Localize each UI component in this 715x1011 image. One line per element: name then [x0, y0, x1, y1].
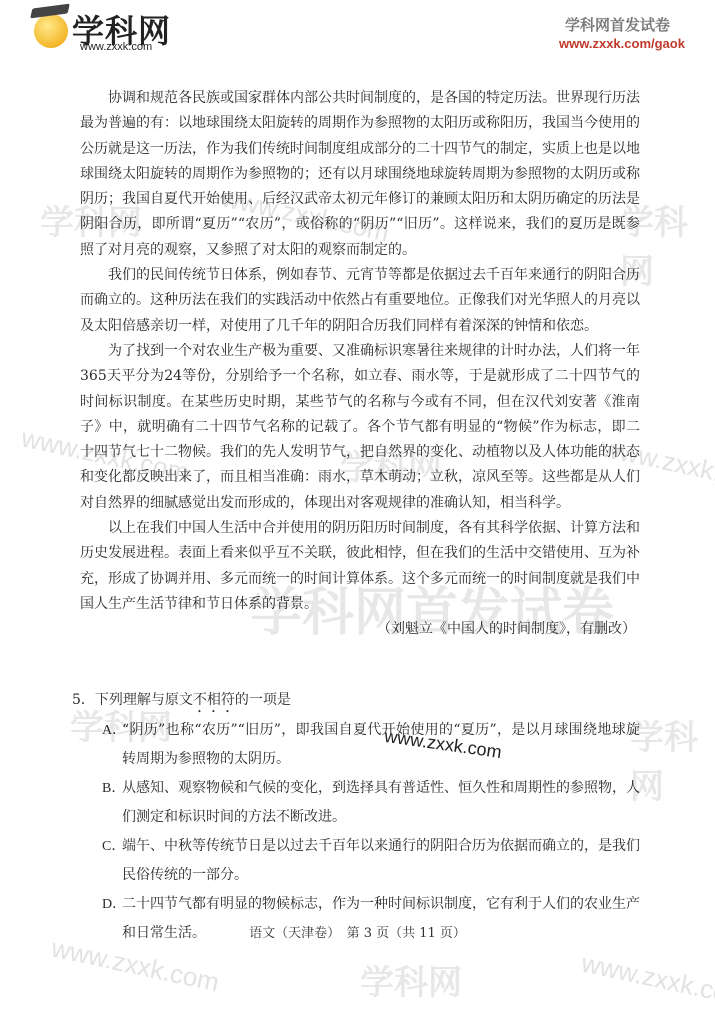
passage-paragraph: 我们的民间传统节日体系，例如春节、元宵节等都是依据过去千百年来通行的阴阳合历而确… [80, 263, 640, 339]
logo-url: www.zxxk.com [80, 41, 152, 53]
option-b: B． 从感知、观察物候和气候的变化，到选择具有普适性、恒久性和周期性的参照物，人… [102, 774, 640, 832]
reading-passage: 协调和规范各民族或国家群体内部公共时间制度的，是各国的特定历法。世界现行历法最为… [80, 86, 640, 643]
option-c: C． 端午、中秋等传统节日是以过去千百年以来通行的阴阳合历为依据而确立的，是我们… [102, 832, 640, 890]
option-label: C． [102, 832, 122, 890]
option-text: 端午、中秋等传统节日是以过去千百年以来通行的阴阳合历为依据而确立的，是我们民俗传… [122, 832, 640, 890]
watermark-logo: 学科网 [360, 955, 462, 1004]
option-a: A． “阴历”也称“农历”“旧历”，即我国自夏代开始使用的“夏历”，是以月球围绕… [102, 716, 640, 774]
option-text: 从感知、观察物候和气候的变化，到选择具有普适性、恒久性和周期性的参照物，人们测定… [122, 774, 640, 832]
page-footer: 语文（天津卷） 第 3 页（共 11 页） [0, 922, 715, 941]
zxxk-logo: 学科网 www.zxxk.com [32, 4, 182, 54]
passage-source: （刘魁立《中国人的时间制度》，有删改） [80, 617, 640, 642]
stem-text: 的一项是 [235, 692, 291, 708]
passage-paragraph: 以上在我们中国人生活中合并使用的阴历阳历时间制度，各有其科学依据、计算方法和历史… [80, 516, 640, 617]
watermark-url: www.zxxk.com [579, 948, 715, 1011]
question-5: 5．下列理解与原文不相符的一项是 A． “阴历”也称“农历”“旧历”，即我国自夏… [80, 686, 640, 948]
brand-title: 学科网首发试卷 [515, 14, 715, 35]
question-number: 5． [72, 692, 95, 708]
question-stem: 5．下列理解与原文不相符的一项是 [72, 686, 640, 716]
option-text: “阴历”也称“农历”“旧历”，即我国自夏代开始使用的“夏历”，是以月球围绕地球旋… [122, 716, 640, 774]
stem-text: 下列理解与原文 [95, 692, 193, 708]
option-label: B． [102, 774, 122, 832]
passage-paragraph: 协调和规范各民族或国家群体内部公共时间制度的，是各国的特定历法。世界现行历法最为… [80, 86, 640, 263]
brand-header: 学科网首发试卷 www.zxxk.com/gaok [515, 14, 715, 51]
mascot-icon [34, 14, 68, 48]
stem-emphasis: 不相符 [193, 692, 235, 708]
watermark-logo: 学科网 [630, 710, 715, 808]
option-label: A． [102, 716, 122, 774]
brand-url: www.zxxk.com/gaok [515, 36, 715, 51]
passage-paragraph: 为了找到一个对农业生产极为重要、又准确标识寒暑往来规律的计时办法，人们将一年36… [80, 339, 640, 516]
